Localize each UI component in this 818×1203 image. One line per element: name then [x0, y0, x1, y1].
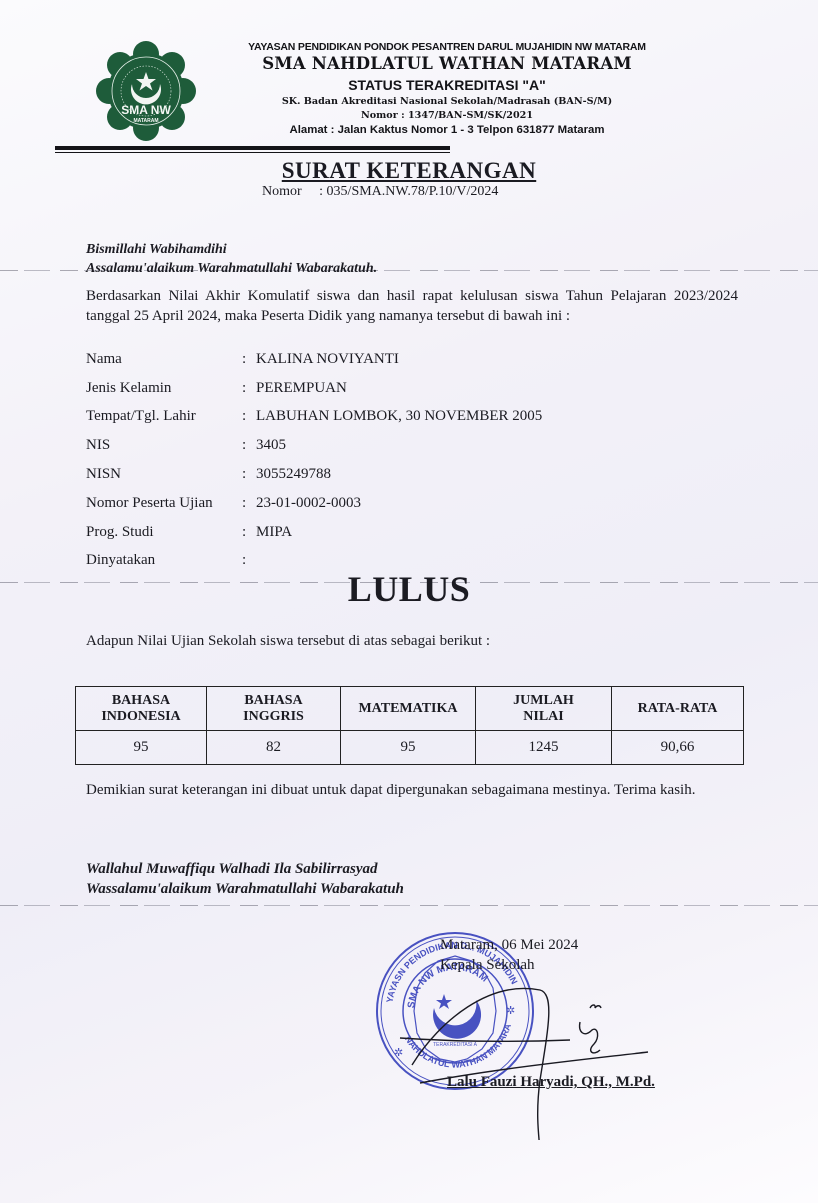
school-emblem-icon: SMA NW MATARAM [92, 40, 200, 142]
detail-separator: : [242, 466, 256, 483]
header-line: MATEMATIKA [341, 701, 475, 717]
student-detail-row: Nomor Peserta Ujian:23-01-0002-0003 [86, 489, 542, 518]
header-line: JUMLAH [476, 693, 611, 709]
detail-label: Jenis Kelamin [86, 380, 242, 397]
score-column-header: BAHASAINDONESIA [76, 687, 207, 731]
detail-separator: : [242, 437, 256, 454]
detail-separator: : [242, 380, 256, 397]
accreditation-number: Nomor : 1347/BAN-SM/SK/2021 [212, 109, 682, 122]
closing-prayer: Wallahul Muwaffiqu Walhadi Ila Sabilirra… [86, 860, 377, 879]
student-detail-row: Nama:KALINA NOVIYANTI [86, 345, 542, 374]
closing-salam: Wassalamu'alaikum Warahmatullahi Wabarak… [86, 880, 404, 899]
detail-separator: : [242, 408, 256, 425]
foundation-name: YAYASAN PENDIDIKAN PONDOK PESANTREN DARU… [212, 40, 682, 54]
header-line: BAHASA [207, 693, 340, 709]
detail-separator: : [242, 524, 256, 541]
detail-value: 3055249788 [256, 466, 331, 483]
intro-paragraph: Berdasarkan Nilai Akhir Komulatif siswa … [86, 286, 738, 326]
scores-intro: Adapun Nilai Ujian Sekolah siswa tersebu… [86, 633, 490, 650]
student-details: Nama:KALINA NOVIYANTIJenis Kelamin:PEREM… [86, 345, 542, 575]
document-number-value: : 035/SMA.NW.78/P.10/V/2024 [319, 184, 498, 199]
score-value: 95 [76, 731, 207, 765]
detail-value: PEREMPUAN [256, 380, 347, 397]
school-name: SMA NAHDLATUL WATHAN MATARAM [212, 54, 682, 74]
document-number: Nomor : 035/SMA.NW.78/P.10/V/2024 [262, 184, 498, 200]
header-line: NILAI [476, 709, 611, 725]
student-detail-row: NIS:3405 [86, 431, 542, 460]
document-number-label: Nomor [262, 184, 302, 199]
greeting-salam: Assalamu'alaikum Warahmatullahi Wabaraka… [86, 259, 377, 278]
score-value: 82 [207, 731, 341, 765]
svg-text:SMA NW: SMA NW [121, 103, 171, 117]
header-line: INDONESIA [76, 709, 206, 725]
document-title: SURAT KETERANGAN [0, 158, 818, 184]
accreditation-body: SK. Badan Akreditasi Nasional Sekolah/Ma… [212, 95, 682, 109]
header-line: RATA-RATA [612, 701, 743, 717]
score-column-header: BAHASAINGGRIS [207, 687, 341, 731]
document-title-block: SURAT KETERANGAN [0, 158, 818, 184]
detail-label: NIS [86, 437, 242, 454]
score-value: 95 [341, 731, 476, 765]
paper-fold-line [0, 905, 818, 906]
graduation-result: LULUS [0, 568, 818, 610]
accreditation-status: STATUS TERAKREDITASI "A" [212, 76, 682, 95]
header-line: BAHASA [76, 693, 206, 709]
greeting-basmalah: Bismillahi Wabihamdihi [86, 240, 227, 259]
detail-label: NISN [86, 466, 242, 483]
detail-value: MIPA [256, 524, 292, 541]
detail-label: Dinyatakan [86, 552, 242, 569]
detail-value: 23-01-0002-0003 [256, 495, 361, 512]
student-detail-row: Prog. Studi:MIPA [86, 518, 542, 547]
detail-label: Tempat/Tgl. Lahir [86, 408, 242, 425]
school-address: Alamat : Jalan Kaktus Nomor 1 - 3 Telpon… [212, 122, 682, 138]
svg-text:MATARAM: MATARAM [133, 118, 158, 124]
detail-value: 3405 [256, 437, 286, 454]
score-value: 1245 [476, 731, 612, 765]
detail-separator: : [242, 351, 256, 368]
student-detail-row: Tempat/Tgl. Lahir:LABUHAN LOMBOK, 30 NOV… [86, 403, 542, 432]
closing-paragraph: Demikian surat keterangan ini dibuat unt… [86, 779, 738, 801]
header-line: INGGRIS [207, 709, 340, 725]
scores-table: BAHASAINDONESIABAHASAINGGRISMATEMATIKAJU… [75, 686, 744, 765]
detail-separator: : [242, 552, 256, 569]
score-column-header: RATA-RATA [612, 687, 744, 731]
score-column-header: JUMLAHNILAI [476, 687, 612, 731]
handwritten-signature [380, 960, 680, 1140]
letterhead: YAYASAN PENDIDIKAN PONDOK PESANTREN DARU… [212, 40, 682, 138]
detail-label: Prog. Studi [86, 524, 242, 541]
detail-value: LABUHAN LOMBOK, 30 NOVEMBER 2005 [256, 408, 542, 425]
student-detail-row: NISN:3055249788 [86, 460, 542, 489]
detail-separator: : [242, 495, 256, 512]
detail-label: Nomor Peserta Ujian [86, 495, 242, 512]
principal-name: Lalu Fauzi Haryadi, QH., M.Pd. [447, 1074, 655, 1091]
detail-value: KALINA NOVIYANTI [256, 351, 399, 368]
detail-label: Nama [86, 351, 242, 368]
score-value: 90,66 [612, 731, 744, 765]
student-detail-row: Jenis Kelamin:PEREMPUAN [86, 374, 542, 403]
signature-place-date: Mataram, 06 Mei 2024 [440, 935, 578, 955]
score-column-header: MATEMATIKA [341, 687, 476, 731]
